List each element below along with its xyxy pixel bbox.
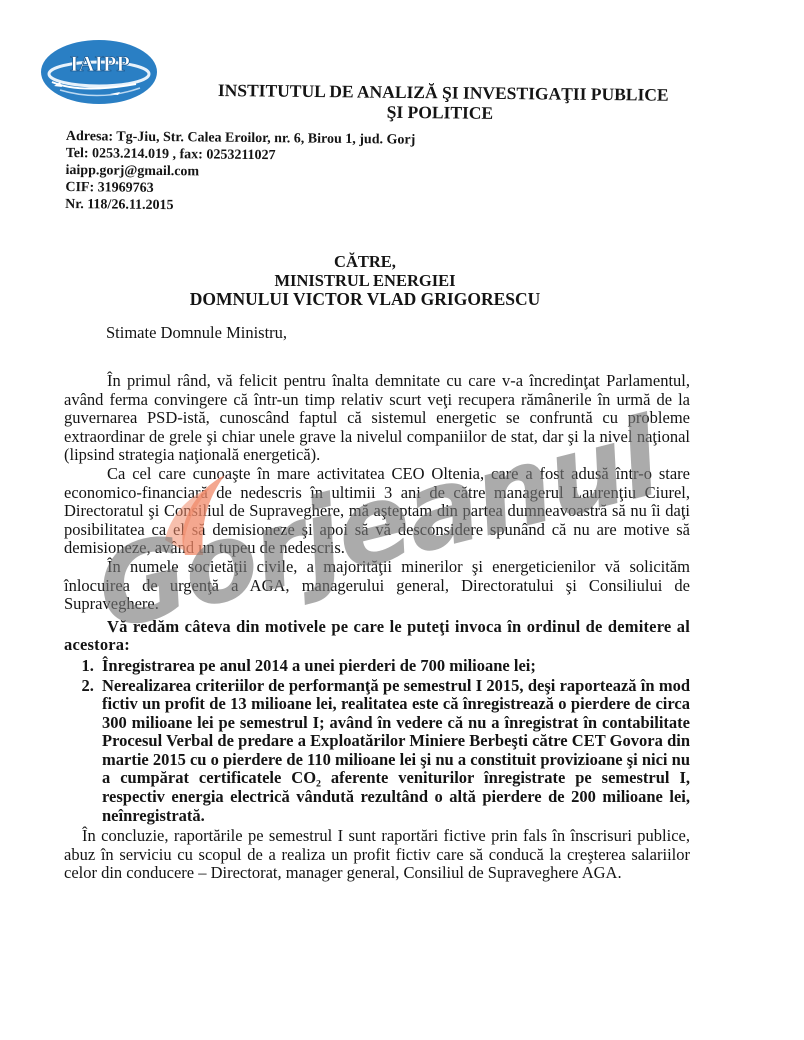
recipient-line1: CĂTRE, bbox=[130, 252, 600, 271]
salutation: Stimate Domnule Ministru, bbox=[106, 323, 287, 343]
contact-block: Adresa: Tg-Jiu, Str. Calea Eroilor, nr. … bbox=[65, 128, 415, 217]
paragraph: În numele societăţii civile, a majorităţ… bbox=[64, 558, 690, 614]
reason-item: Nerealizarea criteriilor de performanţă … bbox=[98, 677, 690, 826]
reason-item: Înregistrarea pe anul 2014 a unei pierde… bbox=[98, 657, 690, 676]
iaipp-logo: IAIPP bbox=[40, 38, 158, 106]
recipient-block: CĂTRE, MINISTRUL ENERGIEI DOMNULUI VICTO… bbox=[130, 252, 600, 309]
recipient-line3: DOMNULUI VICTOR VLAD GRIGORESCU bbox=[130, 290, 600, 309]
paragraph: În primul rând, vă felicit pentru înalta… bbox=[64, 372, 690, 465]
logo-ellipse-icon: IAIPP bbox=[40, 38, 158, 106]
institute-name: INSTITUTUL DE ANALIZĂ ŞI INVESTIGAŢII PU… bbox=[218, 80, 698, 125]
reasons-list: Înregistrarea pe anul 2014 a unei pierde… bbox=[64, 657, 690, 825]
letter-body: În primul rând, vă felicit pentru înalta… bbox=[64, 372, 690, 883]
svg-text:IAIPP: IAIPP bbox=[70, 51, 130, 76]
conclusion: În concluzie, raportările pe semestrul I… bbox=[64, 827, 690, 883]
paragraph: Ca cel care cunoaşte în mare activitatea… bbox=[64, 465, 690, 558]
reasons-intro: Vă redăm câteva din motivele pe care le … bbox=[64, 618, 690, 655]
recipient-line2: MINISTRUL ENERGIEI bbox=[130, 271, 600, 290]
reference-number: Nr. 118/26.11.2015 bbox=[65, 196, 415, 217]
